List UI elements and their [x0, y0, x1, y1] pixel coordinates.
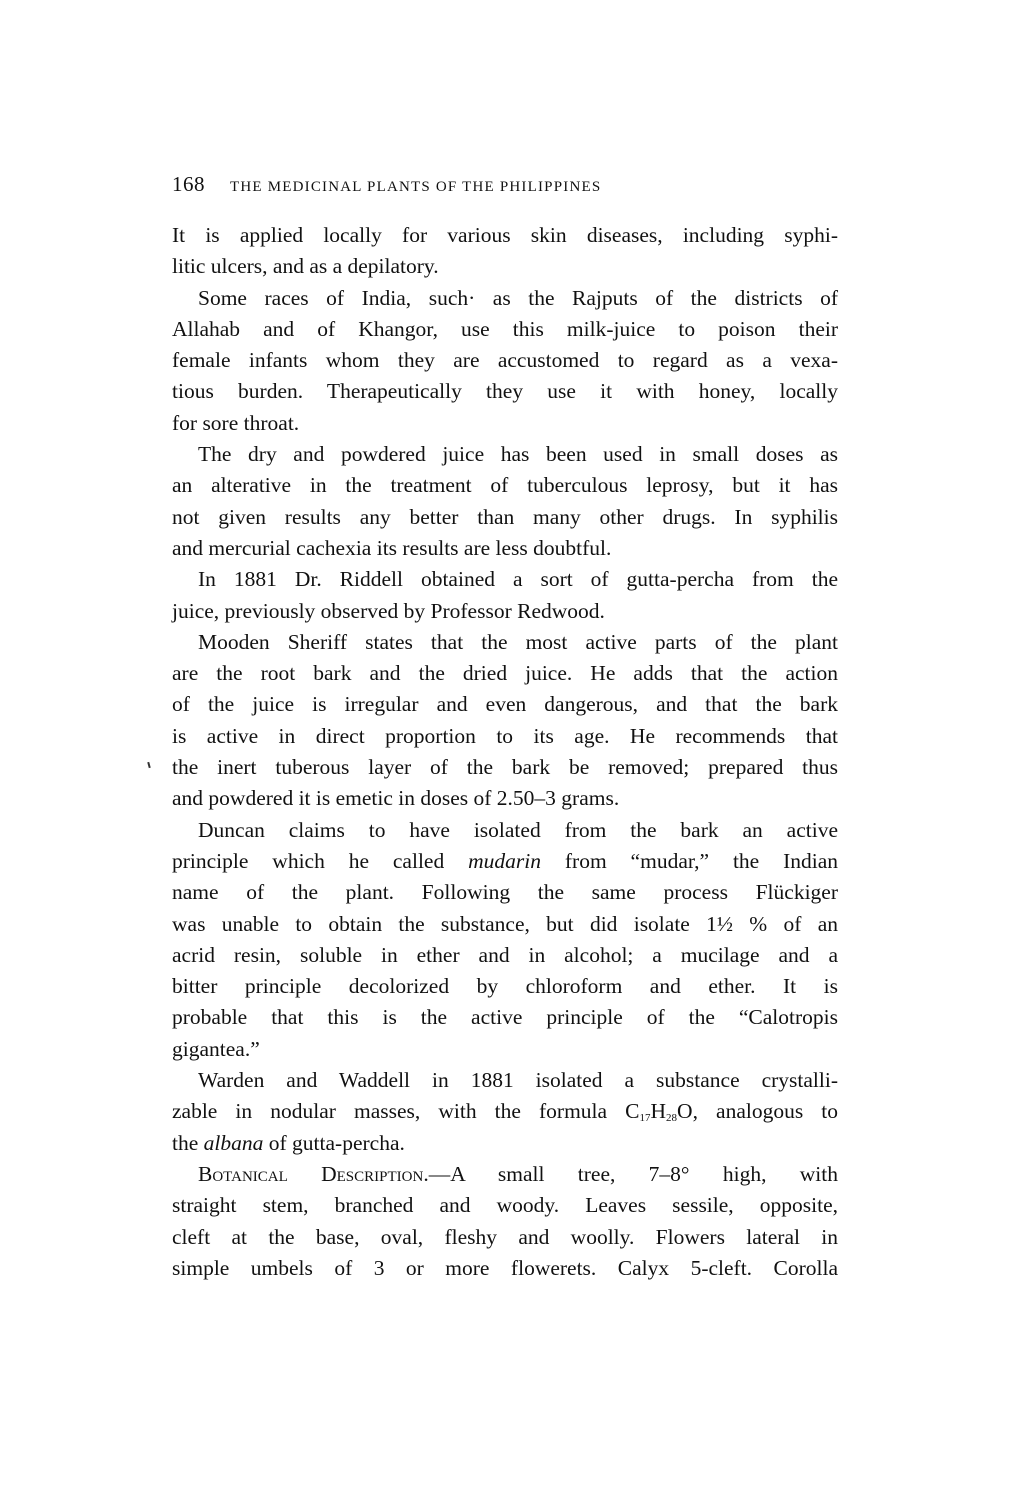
text-line: Some races of India, such· as the Rajput… — [172, 283, 838, 314]
text-line: cleft at the base, oval, fleshy and wool… — [172, 1222, 838, 1253]
text-line: Duncan claims to have isolated from the … — [172, 815, 838, 846]
text-line-mixed: the albana of gutta-percha. — [172, 1128, 838, 1159]
text-segment: of gutta-percha. — [269, 1131, 405, 1155]
formula-hydrogen-count: 28 — [666, 1112, 677, 1124]
text-line: for sore throat. — [172, 408, 838, 439]
text-line: not given results any better than many o… — [172, 502, 838, 533]
paragraph-warden-waddell: Warden and Waddell in 1881 isolated a su… — [172, 1065, 838, 1159]
text-line: and powdered it is emetic in doses of 2.… — [172, 783, 838, 814]
paragraph-botanical-description: Botanical Description.—A small tree, 7–8… — [172, 1159, 838, 1284]
text-line: straight stem, branched and woody. Leave… — [172, 1190, 838, 1221]
stray-ink-mark — [147, 762, 150, 768]
text-line-mixed: Botanical Description.—A small tree, 7–8… — [172, 1159, 838, 1190]
running-title: The Medicinal Plants of the Philippines — [230, 179, 601, 196]
text-line: bitter principle decolorized by chlorofo… — [172, 971, 838, 1002]
text-line: and mercurial cachexia its results are l… — [172, 533, 838, 564]
chemical-formula: C17H28O — [625, 1099, 692, 1123]
formula-hydrogen: H — [651, 1099, 667, 1123]
text-line-mixed: principle which he called mudarin from “… — [172, 846, 838, 877]
formula-carbon-count: 17 — [640, 1112, 651, 1124]
paragraph-dry-powdered-juice: The dry and powdered juice has been used… — [172, 439, 838, 564]
italic-term-albana: albana — [204, 1131, 264, 1155]
text-line: simple umbels of 3 or more flowerets. Ca… — [172, 1253, 838, 1284]
text-line: gigantea.” — [172, 1034, 838, 1065]
paragraph-duncan: Duncan claims to have isolated from the … — [172, 815, 838, 1065]
text-line: It is applied locally for various skin d… — [172, 220, 838, 251]
text-line: probable that this is the active princip… — [172, 1002, 838, 1033]
paragraph-skin-diseases: It is applied locally for various skin d… — [172, 220, 838, 283]
text-line: In 1881 Dr. Riddell obtained a sort of g… — [172, 564, 838, 595]
italic-term-mudarin: mudarin — [468, 849, 541, 873]
text-segment: the — [172, 1131, 198, 1155]
text-line: Allahab and of Khangor, use this milk-ju… — [172, 314, 838, 345]
text-line: Warden and Waddell in 1881 isolated a su… — [172, 1065, 838, 1096]
text-line: an alterative in the treatment of tuberc… — [172, 470, 838, 501]
text-segment: zable in nodular masses, with the formul… — [172, 1099, 607, 1123]
text-line: the inert tuberous layer of the bark be … — [172, 752, 838, 783]
text-line: name of the plant. Following the same pr… — [172, 877, 838, 908]
text-line: juice, previously observed by Professor … — [172, 596, 838, 627]
text-line-mixed: zable in nodular masses, with the formul… — [172, 1096, 838, 1127]
text-line: The dry and powdered juice has been used… — [172, 439, 838, 470]
text-line: is active in direct proportion to its ag… — [172, 721, 838, 752]
text-segment: , analogous to — [693, 1099, 838, 1123]
book-page: 168 The Medicinal Plants of the Philippi… — [172, 172, 838, 1284]
paragraph-mooden-sheriff: Mooden Sheriff states that the most acti… — [172, 627, 838, 815]
text-line: female infants whom they are accustomed … — [172, 345, 838, 376]
formula-carbon: C — [625, 1099, 639, 1123]
formula-oxygen: O — [677, 1099, 693, 1123]
paragraph-races-of-india: Some races of India, such· as the Rajput… — [172, 283, 838, 439]
text-segment: from “mudar,” the Indian — [565, 849, 838, 873]
text-line: Mooden Sheriff states that the most acti… — [172, 627, 838, 658]
section-heading: Botanical Description. — [198, 1162, 429, 1186]
text-line: are the root bark and the dried juice. H… — [172, 658, 838, 689]
page-number: 168 — [172, 172, 230, 197]
paragraph-riddell: In 1881 Dr. Riddell obtained a sort of g… — [172, 564, 838, 627]
text-segment: principle which he called — [172, 849, 444, 873]
running-head: 168 The Medicinal Plants of the Philippi… — [172, 172, 838, 200]
text-line: litic ulcers, and as a depilatory. — [172, 251, 838, 282]
text-line: was unable to obtain the substance, but … — [172, 909, 838, 940]
text-line: tious burden. Therapeutically they use i… — [172, 376, 838, 407]
text-segment: —A small tree, 7–8° high, with — [429, 1162, 838, 1186]
text-line: acrid resin, soluble in ether and in alc… — [172, 940, 838, 971]
text-line: of the juice is irregular and even dange… — [172, 689, 838, 720]
